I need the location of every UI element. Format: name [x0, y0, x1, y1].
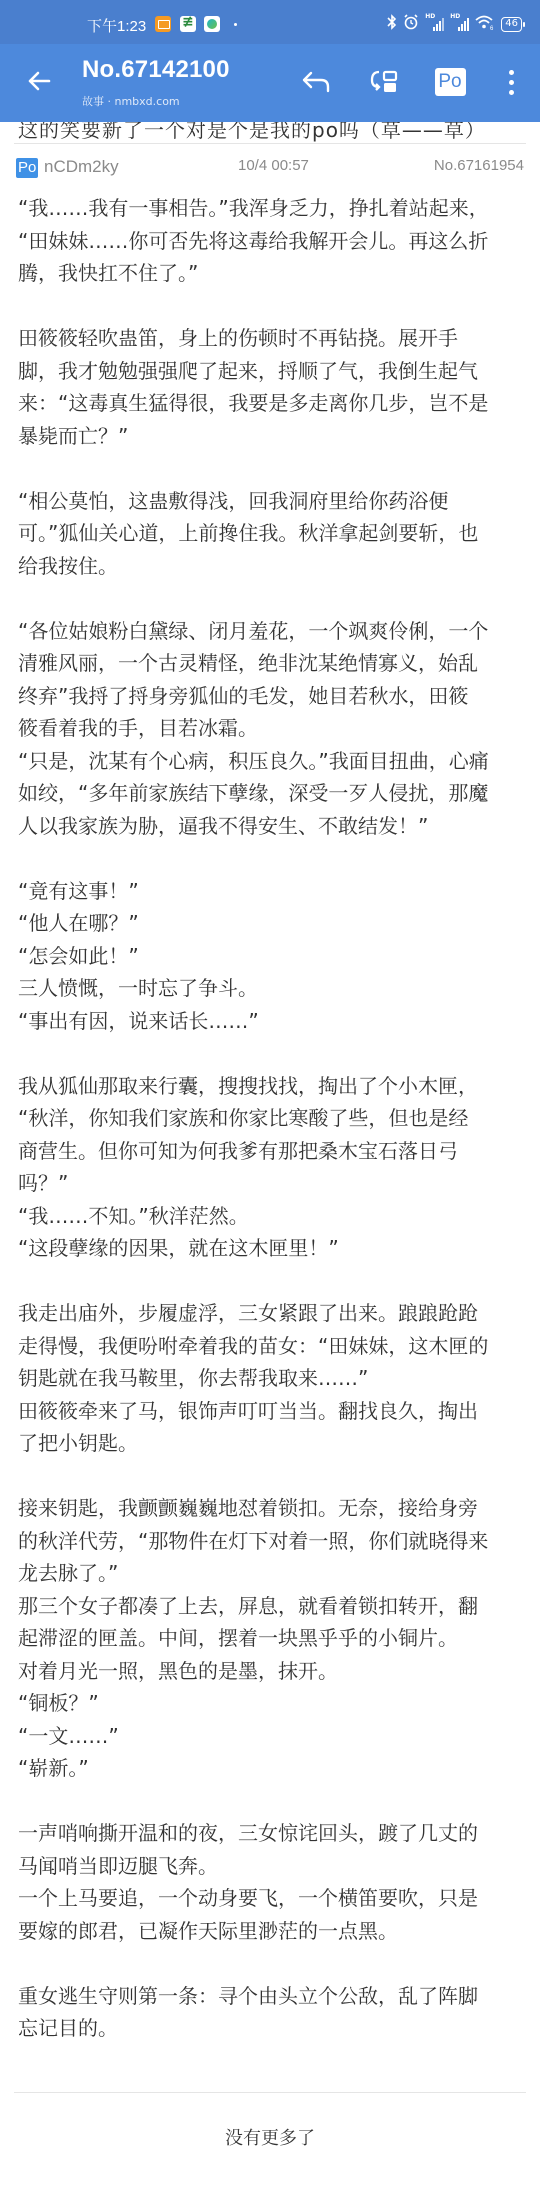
- content-line: “怎会如此！”: [18, 940, 524, 973]
- content-line: 重女逃生守则第一条：寻个由头立个公敌，乱了阵脚: [18, 1980, 524, 2013]
- content-line: “他人在哪？”: [18, 907, 524, 940]
- content-line: 终弃”我捋了捋身旁狐仙的毛发，她目若秋水，田筱: [18, 680, 524, 713]
- mail-app-icon: [155, 16, 171, 32]
- content-line: “相公莫怕，这蛊敷得浅，回我洞府里给你药浴便: [18, 485, 524, 518]
- notification-dot-icon: [234, 23, 237, 26]
- battery-indicator: 46: [501, 17, 522, 32]
- content-line: 如绞，“多年前家族结下孽缘，深受一歹人侵扰，那魔: [18, 777, 524, 810]
- reply-button[interactable]: [298, 64, 334, 100]
- content-line: 吗？”: [18, 1167, 524, 1200]
- content-line: “我……不知。”秋洋茫然。: [18, 1200, 524, 1233]
- content-line: 了把小钥匙。: [18, 1427, 524, 1460]
- switch-view-button[interactable]: [367, 64, 403, 100]
- content-line: “这段孽缘的因果，就在这木匣里！”: [18, 1232, 524, 1265]
- content-line: 给我按住。: [18, 550, 524, 583]
- post-header: Po nCDm2ky 10/4 00:57 No.67161954: [16, 156, 524, 180]
- content-line: “秋洋，你知我们家族和你家比寒酸了些，但也是经: [18, 1102, 524, 1135]
- content-line: 起滞涩的匣盖。中间，摆着一块黑乎乎的小铜片。: [18, 1622, 524, 1655]
- post-content: “我……我有一事相告。”我浑身乏力，挣扎着站起来，“田妹妹……你可否先将这毒给我…: [18, 192, 524, 2045]
- content-line: 商营生。但你可知为何我爹有那把桑木宝石落日弓: [18, 1135, 524, 1168]
- content-line: 我从狐仙那取来行囊，搜搜找找，掏出了个小木匣，: [18, 1070, 524, 1103]
- svg-text:6: 6: [490, 26, 494, 30]
- po-filter-label: Po: [435, 68, 466, 96]
- content-line: 要嫁的郎君，已凝作天际里渺茫的一点黑。: [18, 1915, 524, 1948]
- content-line: 田筱筱牵来了马，银饰声叮叮当当。翻找良久，掏出: [18, 1395, 524, 1428]
- content-line: 人以我家族为胁，逼我不得安生、不敢结发！”: [18, 810, 524, 843]
- content-line: “我……我有一事相告。”我浑身乏力，挣扎着站起来，: [18, 192, 524, 225]
- paragraph-gap: [18, 452, 524, 485]
- content-line: “崭新。”: [18, 1752, 524, 1785]
- reply-icon: [301, 69, 331, 95]
- post-number[interactable]: No.67161954: [434, 157, 524, 174]
- content-line: 对着月光一照，黑色的是墨，抹开。: [18, 1655, 524, 1688]
- content-line: 龙去脉了。”: [18, 1557, 524, 1590]
- paragraph-gap: [18, 842, 524, 875]
- thread-title: No.67142100: [82, 56, 230, 84]
- back-arrow-icon: [24, 66, 54, 96]
- paragraph-gap: [18, 1785, 524, 1818]
- content-line: 脚，我才勉勉强强爬了起来，捋顺了气，我倒生起气: [18, 355, 524, 388]
- mobile-app-icon: [204, 16, 220, 32]
- more-vert-icon: [509, 70, 514, 95]
- content-line: 钥匙就在我马鞍里，你去帮我取来……”: [18, 1362, 524, 1395]
- paragraph-gap: [18, 1037, 524, 1070]
- content-line: “田妹妹……你可否先将这毒给我解开会儿。再这么折: [18, 225, 524, 258]
- status-indicators: HD HD 6 46: [387, 14, 522, 34]
- more-options-button[interactable]: [493, 64, 529, 100]
- content-line: 接来钥匙，我颤颤巍巍地怼着锁扣。无奈，接给身旁: [18, 1492, 524, 1525]
- post-timestamp: 10/4 00:57: [238, 157, 309, 174]
- thread-subtitle: 故事 · nmbxd.com: [82, 93, 180, 109]
- app-bar: No.67142100 故事 · nmbxd.com Po: [0, 44, 540, 122]
- content-line: 筱看着我的手，目若冰霜。: [18, 712, 524, 745]
- alarm-icon: [403, 14, 419, 34]
- content-line: “竟有这事！”: [18, 875, 524, 908]
- switch-layout-icon: [369, 68, 401, 96]
- hd-signal-icon: HD: [450, 17, 469, 31]
- paragraph-gap: [18, 1947, 524, 1980]
- content-line: 马闻哨当即迈腿飞奔。: [18, 1850, 524, 1883]
- content-line: 一声哨响撕开温和的夜，三女惊诧回头，踱了几丈的: [18, 1817, 524, 1850]
- user-id[interactable]: nCDm2ky: [44, 157, 119, 177]
- bank-app-icon: [180, 16, 196, 32]
- paragraph-gap: [18, 1460, 524, 1493]
- end-of-list-message: 没有更多了: [0, 2124, 540, 2150]
- content-line: 来：“这毒真生猛得很，我要是多走离你几步，岂不是: [18, 387, 524, 420]
- content-line: “事出有因，说来话长……”: [18, 1005, 524, 1038]
- bluetooth-icon: [387, 14, 397, 34]
- content-line: 田筱筱轻吹蛊笛，身上的伤顿时不再钻挠。展开手: [18, 322, 524, 355]
- content-line: 腾，我快扛不住了。”: [18, 257, 524, 290]
- content-line: “各位姑娘粉白黛绿、闭月羞花，一个飒爽伶俐，一个: [18, 615, 524, 648]
- hd-signal-icon: HD: [425, 17, 444, 31]
- content-line: “一文……”: [18, 1720, 524, 1753]
- content-line: 的秋洋代劳，“那物件在灯下对着一照，你们就晓得来: [18, 1525, 524, 1558]
- wifi-icon: 6: [475, 14, 495, 34]
- content-line: 三人愤慨，一时忘了争斗。: [18, 972, 524, 1005]
- content-line: 那三个女子都凑了上去，屏息，就看着锁扣转开，翻: [18, 1590, 524, 1623]
- footer-divider: [14, 2092, 526, 2093]
- po-tag: Po: [16, 158, 38, 178]
- content-line: 可。”狐仙关心道，上前搀住我。秋洋拿起剑要斩，也: [18, 517, 524, 550]
- content-line: 走得慢，我便吩咐牵着我的苗女：“田妹妹，这木匣的: [18, 1330, 524, 1363]
- back-button[interactable]: [24, 66, 54, 96]
- content-line: 我走出庙外，步履虚浮，三女紧跟了出来。踉踉跄跄: [18, 1297, 524, 1330]
- content-line: 忘记目的。: [18, 2012, 524, 2045]
- content-line: “铜板？”: [18, 1687, 524, 1720]
- content-line: 清雅风丽，一个古灵精怪，绝非沈某绝情寡义，始乱: [18, 647, 524, 680]
- status-bar: 下午1:23 HD HD 6 46: [0, 0, 540, 44]
- content-line: “只是，沈某有个心病，积压良久。”我面目扭曲，心痛: [18, 745, 524, 778]
- content-line: 暴毙而亡？”: [18, 420, 524, 453]
- content-line: 一个上马要追，一个动身要飞，一个横笛要吹，只是: [18, 1882, 524, 1915]
- po-only-toggle[interactable]: Po: [432, 64, 468, 100]
- paragraph-gap: [18, 582, 524, 615]
- post-divider: [14, 143, 526, 144]
- paragraph-gap: [18, 1265, 524, 1298]
- paragraph-gap: [18, 290, 524, 323]
- status-time: 下午1:23: [87, 15, 146, 36]
